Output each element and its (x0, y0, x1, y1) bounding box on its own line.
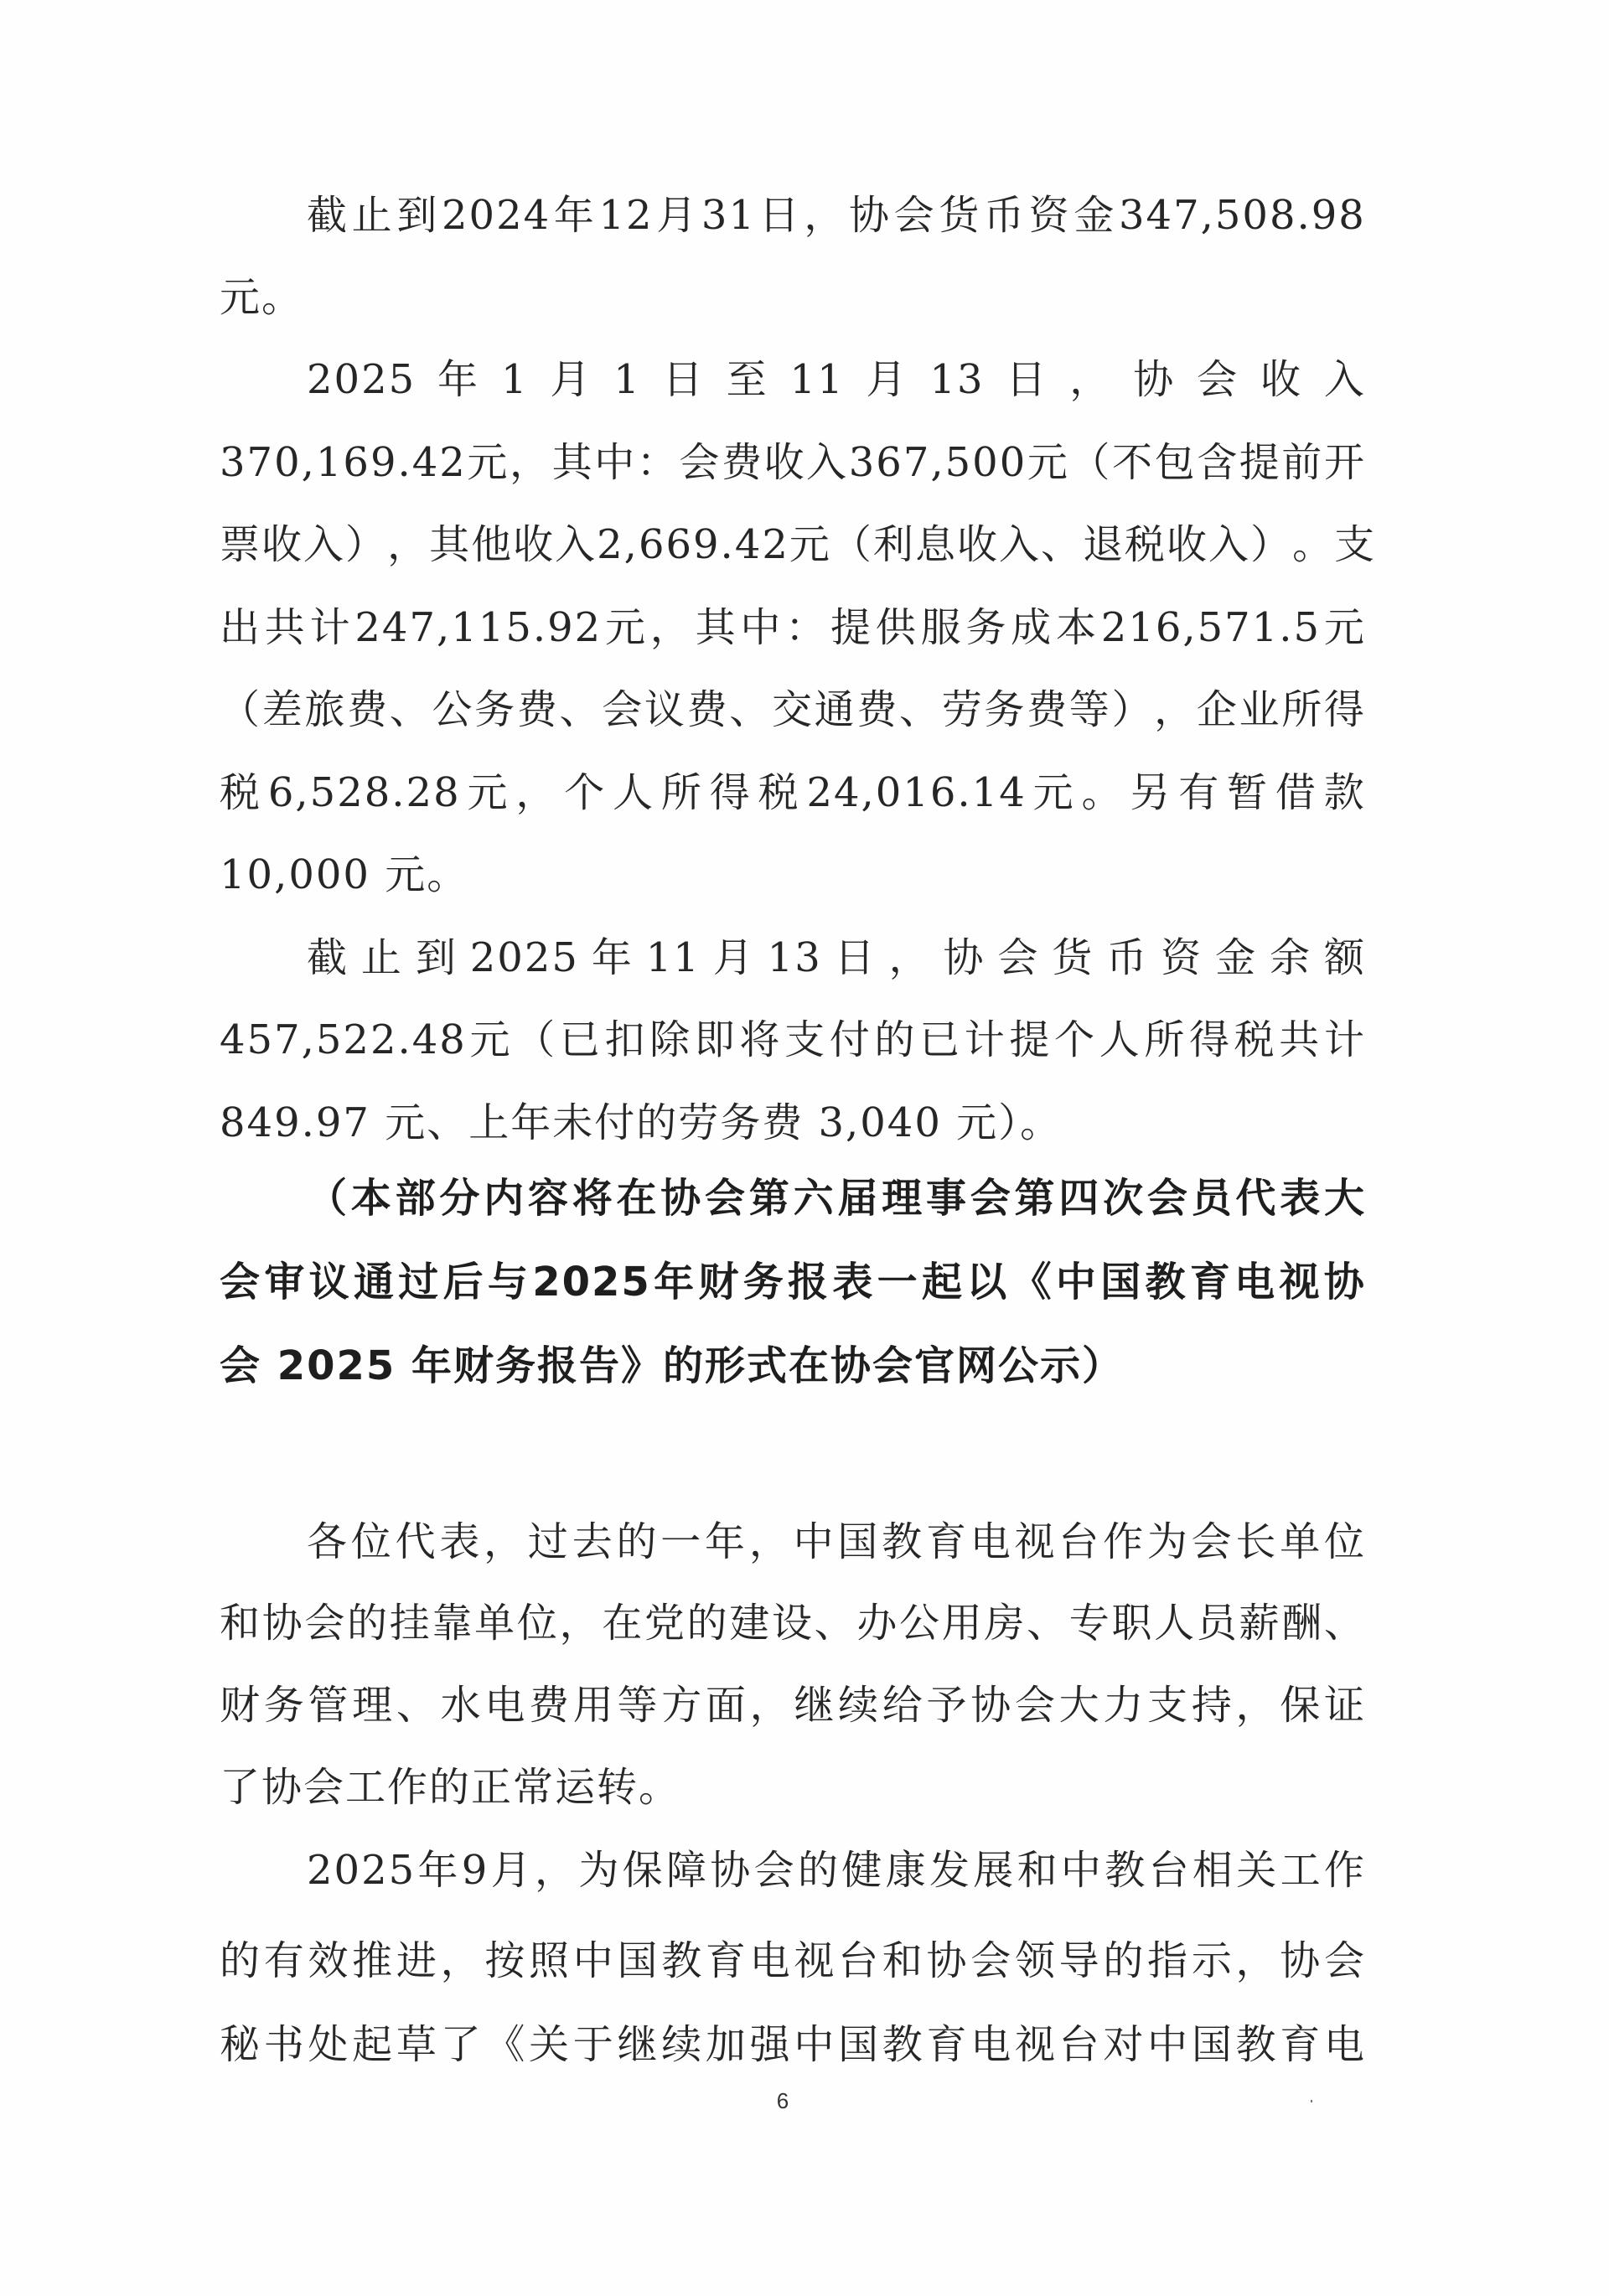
page-number: 6 (774, 2088, 791, 2113)
paragraph-1-line-1: 截止到2024年12月31日，协会货币资金347,508.98 (307, 190, 1366, 240)
paragraph-3-line-1: 截止到2025年11月13日，协会货币资金余额 (307, 933, 1366, 983)
paragraph-6-line-2: 的有效推进，按照中国教育电视台和协会领导的指示，协会 (220, 1936, 1366, 1986)
paragraph-5-line-2: 和协会的挂靠单位，在党的建设、办公用房、专职人员薪酬、 (220, 1598, 1366, 1648)
paragraph-3-line-2: 457,522.48元（已扣除即将支付的已计提个人所得税共计 (220, 1015, 1366, 1065)
note-line-3: 会 2025 年财务报告》的形式在协会官网公示） (220, 1341, 1366, 1391)
paragraph-6-line-3: 秘书处起草了《关于继续加强中国教育电视台对中国教育电 (220, 2019, 1366, 2070)
paragraph-2-line-5: （差旅费、公务费、会议费、交通费、劳务费等），企业所得 (220, 685, 1366, 735)
document-page: 截止到2024年12月31日，协会货币资金347,508.98 元。 2025年… (0, 0, 1609, 2296)
scan-speck (1311, 2100, 1312, 2102)
paragraph-2-line-3: 票收入），其他收入2,669.42元（利息收入、退税收入）。支 (220, 520, 1366, 570)
paragraph-2-line-4: 出共计247,115.92元，其中：提供服务成本216,571.5元 (220, 602, 1366, 653)
paragraph-2-line-2: 370,169.42元，其中：会费收入367,500元（不包含提前开 (220, 437, 1366, 488)
note-line-1: （本部分内容将在协会第六届理事会第四次会员代表大 (307, 1173, 1366, 1223)
paragraph-5-line-3: 财务管理、水电费用等方面，继续给予协会大力支持，保证 (220, 1680, 1366, 1730)
paragraph-2-line-1: 2025年1月1日至11月13日，协会收入 (307, 354, 1366, 405)
note-line-2: 会审议通过后与2025年财务报表一起以《中国教育电视协 (220, 1257, 1366, 1307)
paragraph-1-line-2: 元。 (220, 272, 1366, 323)
paragraph-3-line-3: 849.97 元、上年未付的劳务费 3,040 元）。 (220, 1098, 1366, 1148)
paragraph-5-line-4: 了协会工作的正常运转。 (220, 1762, 1366, 1812)
paragraph-6-line-1: 2025年9月，为保障协会的健康发展和中教台相关工作 (307, 1845, 1366, 1895)
paragraph-5-line-1: 各位代表，过去的一年，中国教育电视台作为会长单位 (307, 1517, 1366, 1567)
paragraph-2-line-6: 税6,528.28元，个人所得税24,016.14元。另有暂借款 (220, 768, 1366, 818)
paragraph-2-line-7: 10,000 元。 (220, 850, 1366, 900)
